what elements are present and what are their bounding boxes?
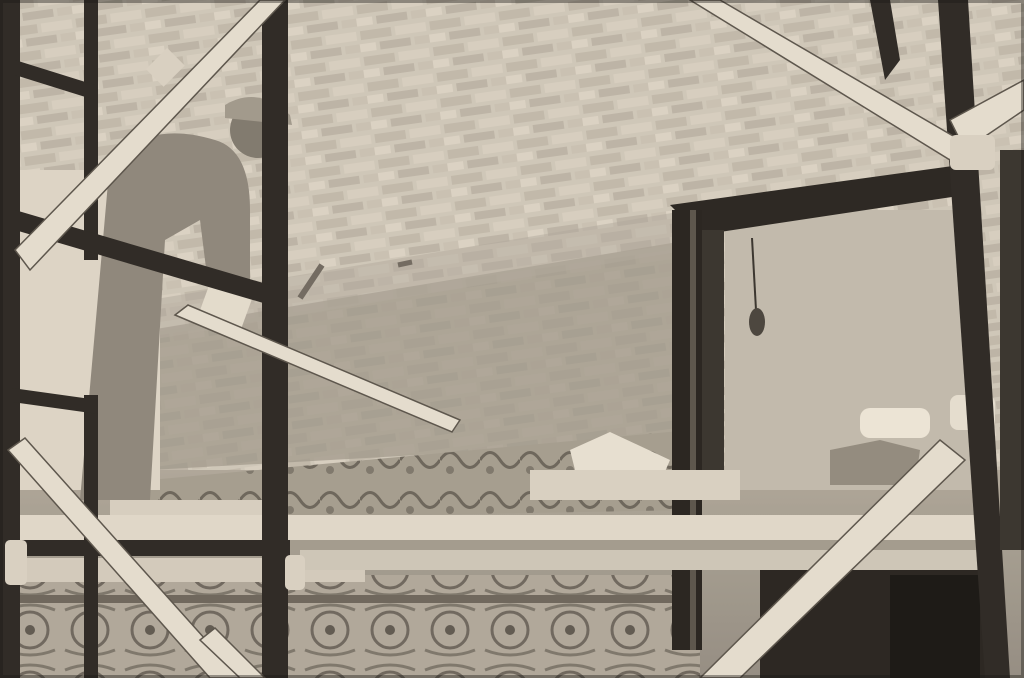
photograph <box>0 0 1024 678</box>
photo-scene <box>0 0 1024 678</box>
